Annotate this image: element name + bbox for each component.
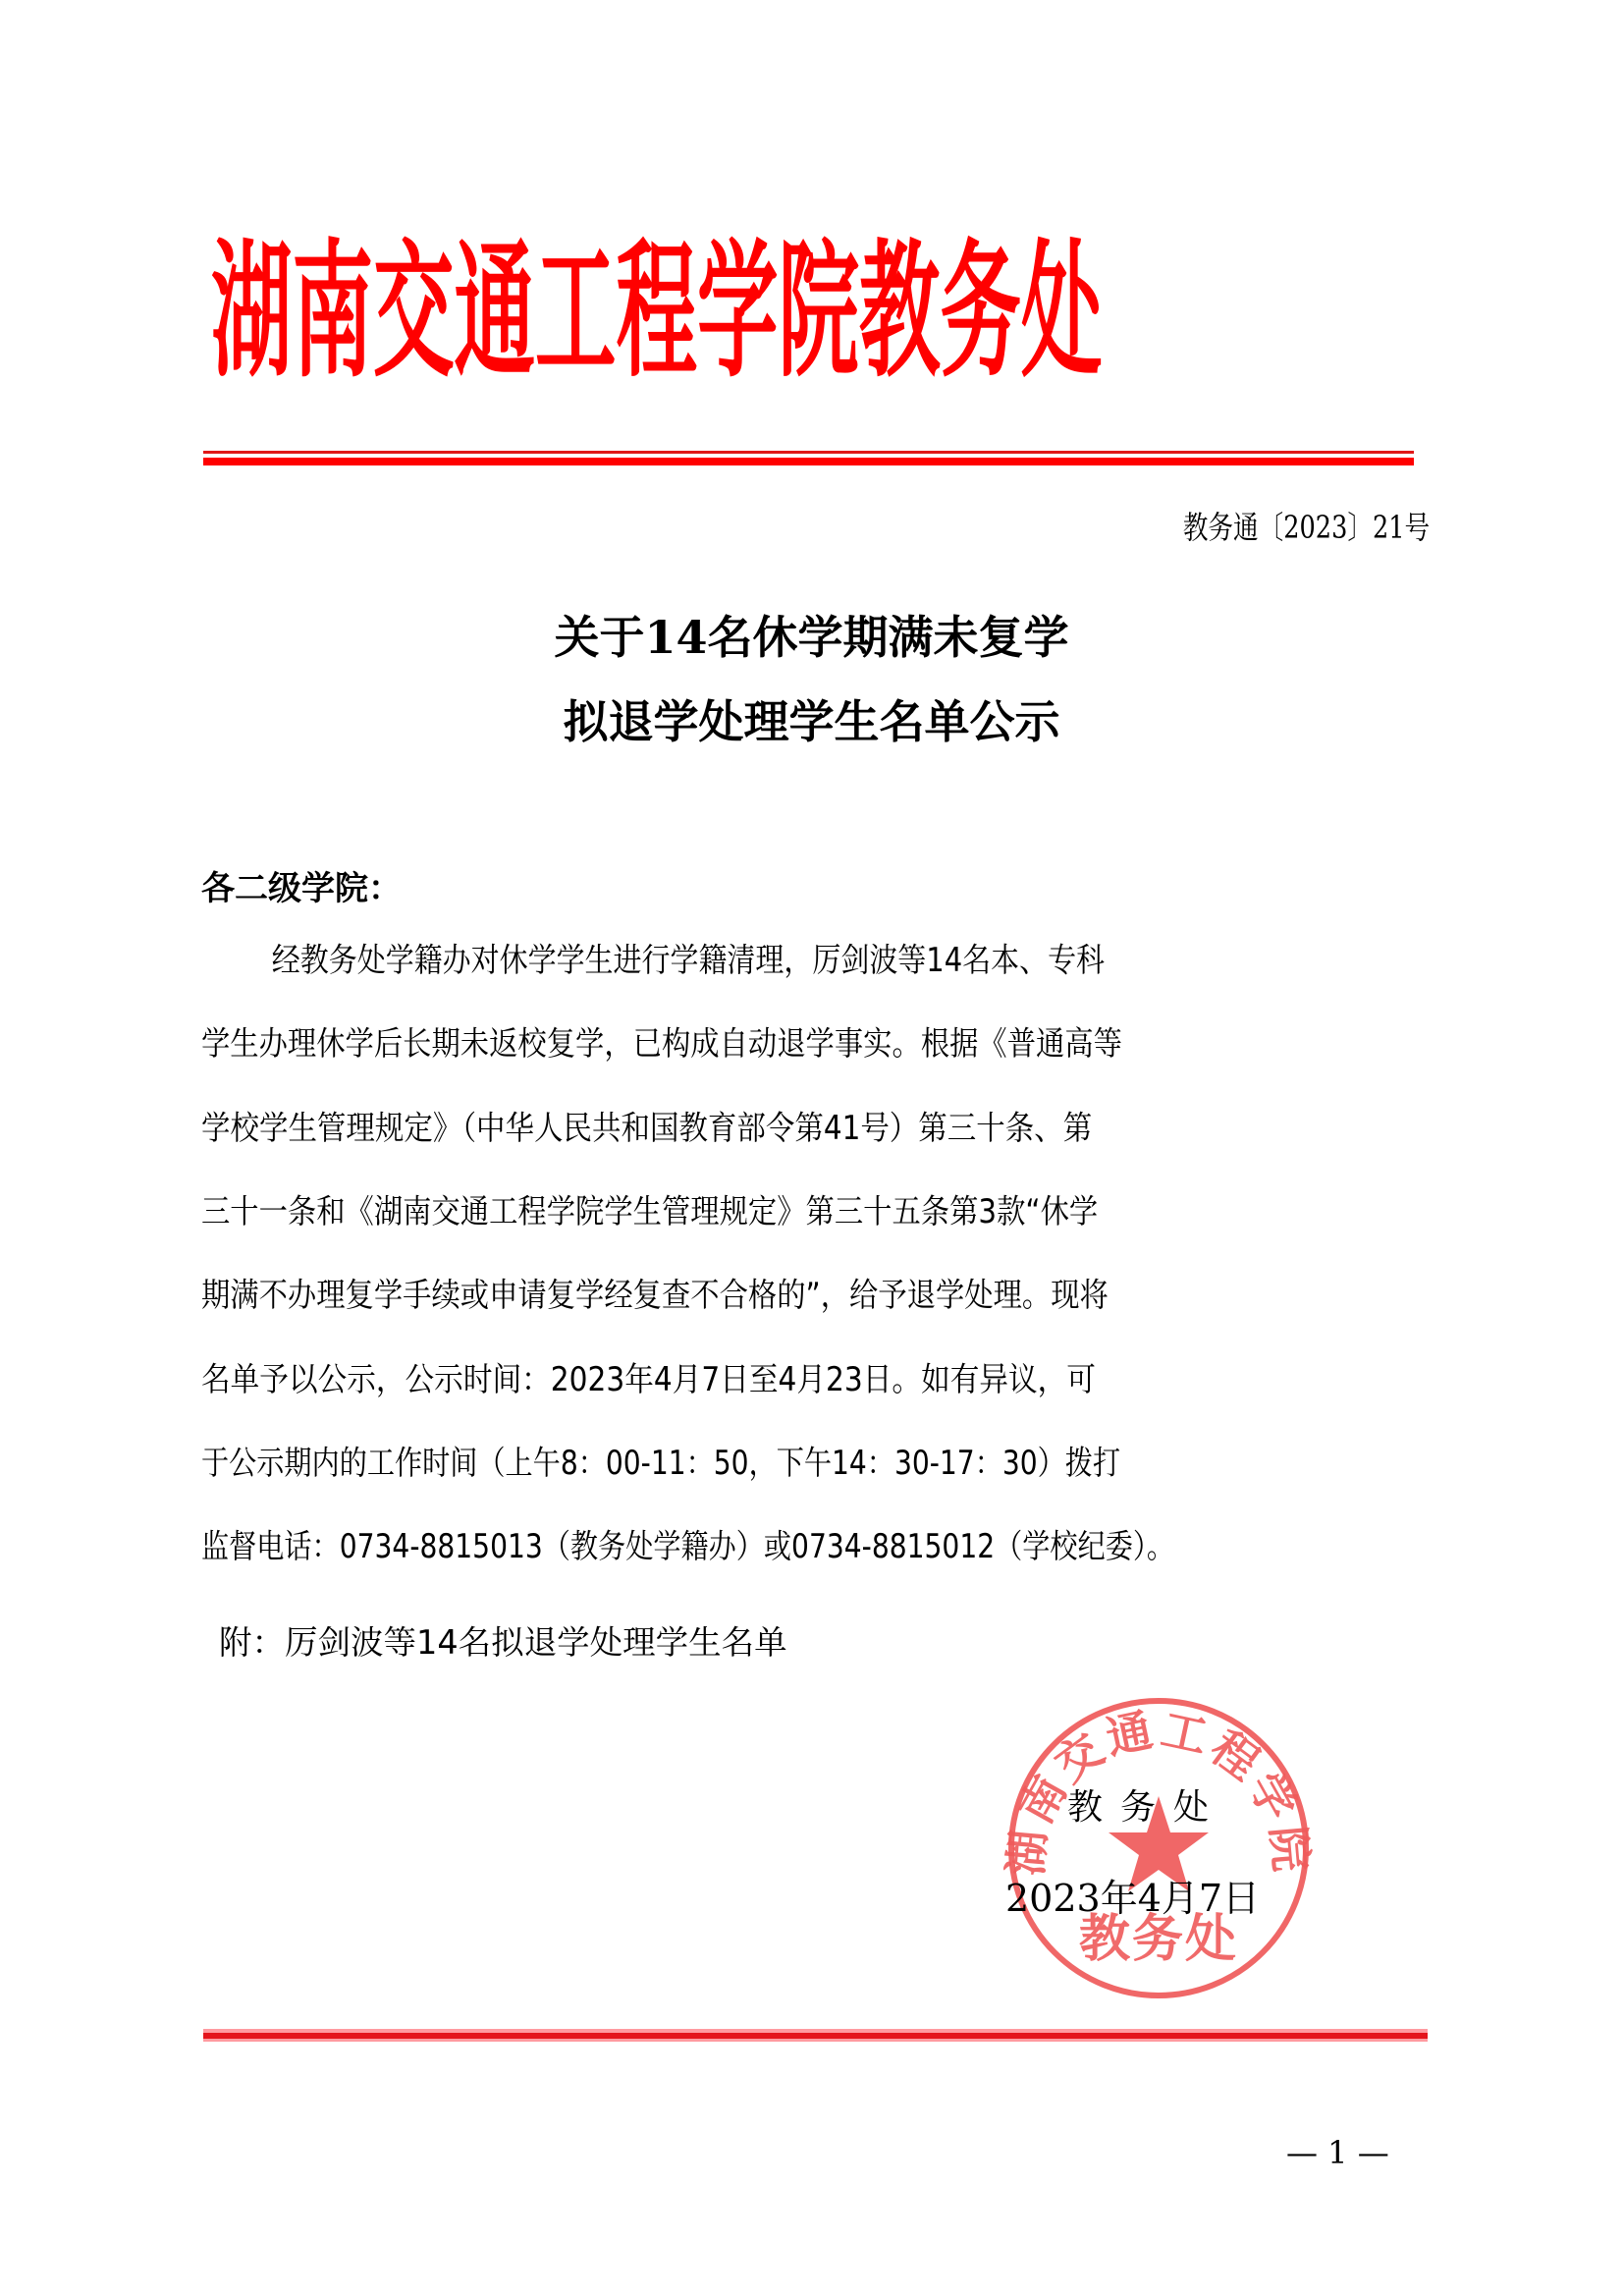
signature-office: 教务处 (1067, 1783, 1226, 1832)
official-seal-icon: 湖南交通工程学院 教务处 (1003, 1693, 1314, 2003)
body-line: 监督电话：0734-8815013（教务处学籍办）或0734-8815012（学… (201, 1522, 1174, 1571)
page-number: — 1 — (1286, 2133, 1389, 2172)
body-line: 于公示期内的工作时间（上午8：00-11：50，下午14：30-17：30）拨打 (201, 1439, 1120, 1488)
body-line: 三十一条和《湖南交通工程学院学生管理规定》第三十五条第3款“休学 (201, 1187, 1098, 1236)
footer-divider-bottom (203, 2039, 1428, 2042)
body-line: 经教务处学籍办对休学学生进行学籍清理，厉剑波等14名本、专科 (201, 936, 1105, 985)
header-divider-thin (203, 451, 1414, 454)
document-title-line-1: 关于14名休学期满未复学 (0, 606, 1623, 669)
salutation: 各二级学院： (201, 864, 402, 913)
signature-date: 2023年4月7日 (1005, 1874, 1260, 1923)
body-line: 学生办理休学后长期未返校复学，已构成自动退学事实。根据《普通高等 (201, 1019, 1122, 1068)
body-line: 期满不办理复学手续或申请复学经复查不合格的”，给予退学处理。现将 (201, 1271, 1109, 1320)
masthead-text: 湖南交通工程学院教务处 (211, 216, 1103, 408)
body-line: 学校学生管理规定》（中华人民共和国教育部令第41号）第三十条、第 (201, 1104, 1092, 1153)
body-line: 名单予以公示，公示时间：2023年4月7日至4月23日。如有异议，可 (201, 1355, 1096, 1404)
attachment-note: 附：厉剑波等14名拟退学处理学生名单 (219, 1618, 787, 1667)
masthead-title: 湖南交通工程学院教务处 (211, 216, 873, 408)
document-title-line-2: 拟退学处理学生名单公示 (0, 690, 1623, 753)
document-number: 教务通〔2023〕21号 (1183, 503, 1430, 552)
header-divider-thick (203, 458, 1414, 465)
